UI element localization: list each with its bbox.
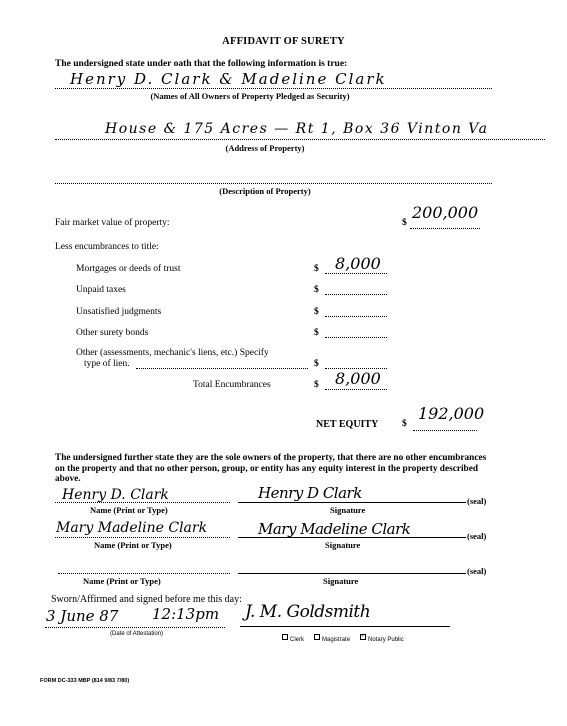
clerk-checkbox[interactable] <box>282 634 288 640</box>
signer-3-name-caption: Name (Print or Type) <box>83 576 161 586</box>
mortgages-label: Mortgages or deeds of trust <box>76 264 180 274</box>
owners-field[interactable]: Henry D. Clark & Madeline Clark <box>70 70 387 88</box>
surety-bonds-currency: $ <box>314 328 319 338</box>
judgments-label: Unsatisfied judgments <box>76 307 161 317</box>
net-equity-value[interactable]: 192,000 <box>418 404 484 423</box>
signer-3-name-line <box>58 573 230 574</box>
surety-bonds-label: Other surety bonds <box>76 328 148 338</box>
owners-line <box>55 88 492 89</box>
attestation-date-caption: (Date of Attestation) <box>110 631 163 637</box>
fair-market-label: Fair market value of property: <box>55 218 170 228</box>
fair-market-line <box>410 228 480 229</box>
signer-1-signature-line <box>238 502 466 503</box>
owners-caption: (Names of All Owners of Property Pledged… <box>135 91 365 101</box>
signer-1-seal: (seal) <box>467 496 486 506</box>
fair-market-value[interactable]: 200,000 <box>412 203 478 222</box>
surety-bonds-line <box>325 337 387 338</box>
fair-market-currency: $ <box>402 218 407 228</box>
total-encumbrances-line <box>325 389 387 390</box>
signer-3-seal: (seal) <box>467 566 486 576</box>
signer-1-signature[interactable]: Henry D Clark <box>258 484 362 502</box>
other-liens-currency: $ <box>314 359 319 369</box>
total-encumbrances-currency: $ <box>314 380 319 390</box>
magistrate-label: Magistrate <box>322 637 350 643</box>
encumbrances-heading: Less encumbrances to title: <box>55 242 159 252</box>
total-encumbrances-label: Total Encumbrances <box>193 380 271 390</box>
magistrate-checkbox[interactable] <box>314 634 320 640</box>
intro-text: The undersigned state under oath that th… <box>55 59 347 69</box>
mortgages-currency: $ <box>314 264 319 274</box>
signer-1-sig-caption: Signature <box>330 505 365 515</box>
signer-1-name-caption: Name (Print or Type) <box>90 505 168 515</box>
net-equity-currency: $ <box>402 419 407 429</box>
signer-3-signature-line <box>238 573 466 574</box>
officer-signature[interactable]: J. M. Goldsmith <box>245 602 370 622</box>
signer-2-signature[interactable]: Mary Madeline Clark <box>258 520 410 538</box>
judgments-line <box>325 316 387 317</box>
description-line <box>55 183 492 184</box>
unpaid-taxes-label: Unpaid taxes <box>76 285 126 295</box>
attestation-date-line <box>45 627 225 628</box>
signer-2-name-line <box>55 537 230 538</box>
address-caption: (Address of Property) <box>200 143 330 153</box>
other-liens-label: Other (assessments, mechanic's liens, et… <box>76 348 269 358</box>
form-number: FORM DC-333 MBP (814 9/83 7/80) <box>40 678 129 684</box>
attestation-time[interactable]: 12:13pm <box>152 605 219 623</box>
sworn-label: Sworn/Affirmed and signed before me this… <box>51 594 242 605</box>
address-line <box>55 139 545 140</box>
signer-1-name[interactable]: Henry D. Clark <box>62 487 169 503</box>
attestation-date[interactable]: 3 June 87 <box>46 607 118 625</box>
ownership-statement: The undersigned further state they are t… <box>55 453 495 485</box>
mortgages-value[interactable]: 8,000 <box>335 254 381 273</box>
clerk-label: Clerk <box>290 637 304 643</box>
signer-2-name-caption: Name (Print or Type) <box>94 540 172 550</box>
net-equity-line <box>413 430 477 431</box>
notary-checkbox-checked[interactable]: ✓ <box>360 634 366 640</box>
unpaid-taxes-currency: $ <box>314 285 319 295</box>
officer-signature-line <box>240 626 450 627</box>
description-caption: (Description of Property) <box>205 186 325 196</box>
other-liens-type-label: type of lien. <box>84 359 130 369</box>
signer-2-name[interactable]: Mary Madeline Clark <box>56 520 207 536</box>
signer-2-sig-caption: Signature <box>325 540 360 550</box>
officer-title-options: Clerk Magistrate ✓Notary Public <box>282 628 410 646</box>
judgments-currency: $ <box>314 307 319 317</box>
notary-label: Notary Public <box>368 637 404 643</box>
signer-2-seal: (seal) <box>467 531 486 541</box>
mortgages-line <box>325 273 387 274</box>
total-encumbrances-value[interactable]: 8,000 <box>335 369 381 388</box>
lien-type-line[interactable] <box>136 368 308 369</box>
net-equity-label: NET EQUITY <box>316 419 378 430</box>
signer-3-sig-caption: Signature <box>323 576 358 586</box>
address-field[interactable]: House & 175 Acres — Rt 1, Box 36 Vinton … <box>105 121 488 137</box>
unpaid-taxes-line <box>325 294 387 295</box>
document-title: AFFIDAVIT OF SURETY <box>0 36 567 47</box>
